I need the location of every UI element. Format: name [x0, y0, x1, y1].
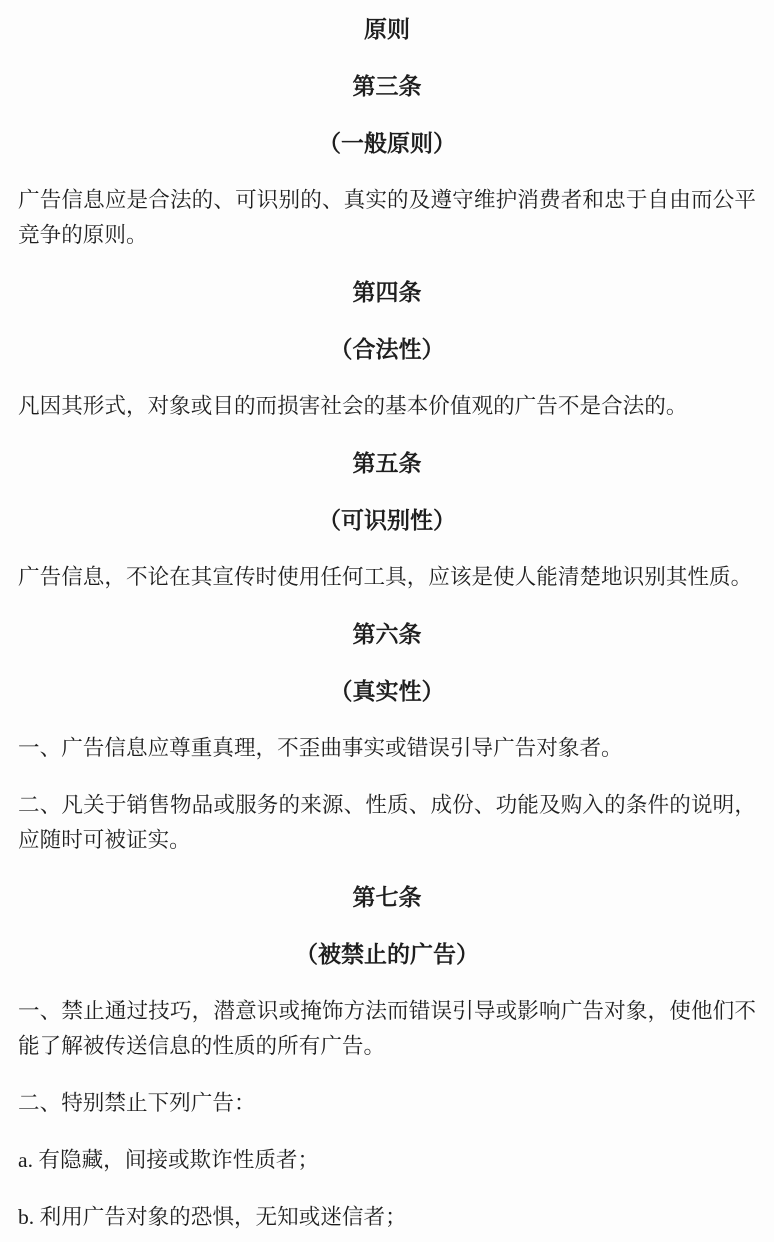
article-7-paragraph-2: 二、特别禁止下列广告： — [18, 1086, 756, 1121]
article-5: 第五条 （可识别性） 广告信息，不论在其宣传时使用任何工具，应该是使人能清楚地识… — [18, 446, 756, 595]
article-6: 第六条 （真实性） 一、广告信息应尊重真理，不歪曲事实或错误引导广告对象者。 二… — [18, 617, 756, 858]
article-5-paragraph-1: 广告信息，不论在其宣传时使用任何工具，应该是使人能清楚地识别其性质。 — [18, 560, 756, 595]
article-3-number: 第三条 — [18, 69, 756, 104]
article-6-paragraph-1: 一、广告信息应尊重真理，不歪曲事实或错误引导广告对象者。 — [18, 731, 756, 766]
article-6-number: 第六条 — [18, 617, 756, 652]
article-7: 第七条 （被禁止的广告） 一、禁止通过技巧，潜意识或掩饰方法而错误引导或影响广告… — [18, 880, 756, 1235]
article-4-paragraph-1: 凡因其形式，对象或目的而损害社会的基本价值观的广告不是合法的。 — [18, 389, 756, 424]
doc-title: 原则 — [18, 12, 756, 47]
document-page: 原则 第三条 （一般原则） 广告信息应是合法的、可识别的、真实的及遵守维护消费者… — [0, 0, 774, 1242]
article-4: 第四条 （合法性） 凡因其形式，对象或目的而损害社会的基本价值观的广告不是合法的… — [18, 275, 756, 424]
article-4-number: 第四条 — [18, 275, 756, 310]
article-7-item-b: b. 利用广告对象的恐惧，无知或迷信者； — [18, 1200, 756, 1235]
article-5-number: 第五条 — [18, 446, 756, 481]
article-5-subtitle: （可识别性） — [18, 503, 756, 538]
article-7-item-a: a. 有隐藏，间接或欺诈性质者； — [18, 1143, 756, 1178]
article-7-subtitle: （被禁止的广告） — [18, 937, 756, 972]
article-6-subtitle: （真实性） — [18, 674, 756, 709]
article-6-paragraph-2: 二、凡关于销售物品或服务的来源、性质、成份、功能及购入的条件的说明，应随时可被证… — [18, 788, 756, 858]
article-7-paragraph-1: 一、禁止通过技巧，潜意识或掩饰方法而错误引导或影响广告对象，使他们不能了解被传送… — [18, 994, 756, 1064]
article-3-subtitle: （一般原则） — [18, 126, 756, 161]
article-3: 第三条 （一般原则） 广告信息应是合法的、可识别的、真实的及遵守维护消费者和忠于… — [18, 69, 756, 253]
article-4-subtitle: （合法性） — [18, 332, 756, 367]
article-7-number: 第七条 — [18, 880, 756, 915]
article-3-paragraph-1: 广告信息应是合法的、可识别的、真实的及遵守维护消费者和忠于自由而公平竞争的原则。 — [18, 183, 756, 253]
